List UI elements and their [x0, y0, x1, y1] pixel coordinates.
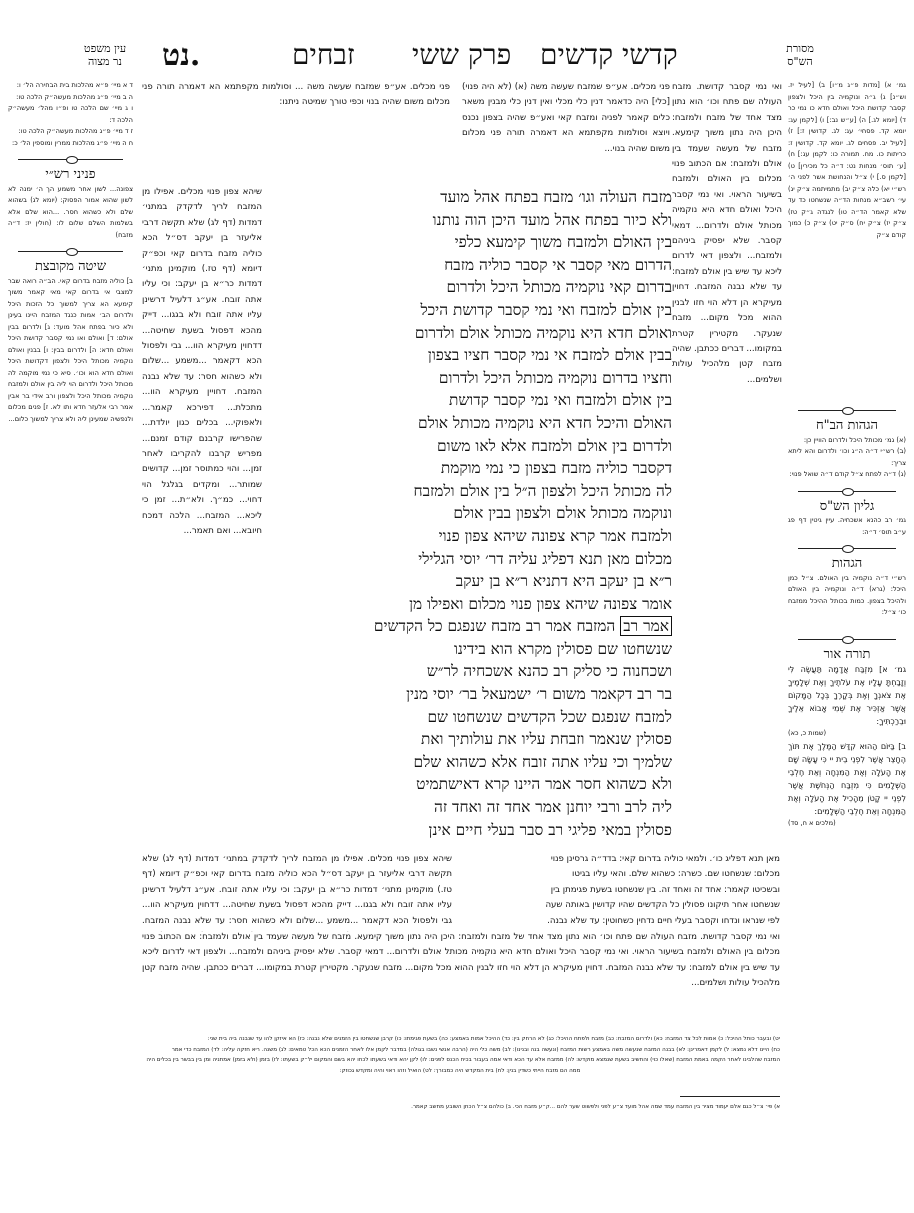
footnote-line: המזבח שהלבינו לאחר הקמה באמת המזבח (שאלו…: [140, 1055, 780, 1066]
ein-mishpat-entry: ד א מיי׳ פ״א מהלכות בית הבחירה הל׳ ו:: [8, 80, 133, 92]
ein-mishpat-entry: ו ג מיי׳ שם הלכה טו ופ״ו מהל׳ מעשה״ק הלכ…: [8, 103, 133, 126]
gemara-line: שלמיך וכי עליו אתה זובח אלא כשהוא שלם: [270, 751, 672, 774]
perek-name: קדשי קדשים: [540, 38, 678, 72]
gemara-line: מזבח העולה וגו׳ מזבח בפתח אהל מועד: [270, 186, 672, 209]
ein-mishpat-entry: ה ב מיי׳ פ״ג מהלכות מעשה״ק הלכה טו:: [8, 92, 133, 104]
shita-mekubetzet-title: שיטה מקובצת: [8, 261, 133, 273]
footnote-line: כח) היינו דלא נמצא: ל) לקמן דאמרינן: לא)…: [140, 1045, 780, 1056]
boxed-phrase: אמר רב: [620, 616, 672, 636]
ein-mishpat-label-line1: עין משפט: [70, 42, 140, 55]
gemara-line: ואולם חדא היא נוקמיה מכותל אולם ולדרום: [270, 322, 672, 345]
tosafot-bottom-text: שיהא צפון פנוי מכלים. אפילו מן המזבח לרי…: [142, 854, 452, 932]
gemara-line: אומר צפונה שיהא צפון פנוי מכלום ואפילו מ…: [270, 593, 672, 616]
gemara-line: בין האולם ולמזבח משוך קימעא כלפי: [270, 231, 672, 254]
gemara-line: שנשחטו שם פסולין מקרא הוא בידינו: [270, 638, 672, 661]
gilyon-hashas-title: גליון הש"ס: [788, 501, 906, 513]
ornament-divider: [798, 635, 896, 643]
tosafot-top-text: פני מכלים. אע״פ שמזבח שעשה משה ... וסולמ…: [142, 82, 450, 107]
gemara-line: אמר רב המזבח אמר רב מזבח שנפגם כל הקדשים: [270, 615, 672, 638]
torah-or-ref: (מלכים א ח, סד): [788, 818, 906, 830]
rashi-bottom-line: לפי שנראו ונדחו וקסבר בעלי חיים נדחין כש…: [462, 914, 780, 929]
gemara-line: דקסבר כוליה מזבח בצפון כי נמי מוקמת: [270, 457, 672, 480]
perek-number: פרק ששי: [412, 38, 511, 72]
rashi-text: ואי נמי קסבר קדושת. מזבח העולה שם פתח וכ…: [672, 82, 782, 385]
gemara-line: בדרום קאי נוקמיה מכותל היכל ולדרום: [270, 276, 672, 299]
rashi-bottom-line: שנשחטו אחר תיקונו פסולין כל הקדשים שהיו …: [462, 898, 780, 913]
footnote-line: יט) ובעבר כותל ההיכל: כ) אמות לכל צד המז…: [140, 1034, 780, 1045]
gemara-line: מכלום מאן תנא דפליג עליה דר׳ יוסי הגלילי: [270, 548, 672, 571]
gemara-line: ולדרום בין אולם ולמזבח אלא לאו משום: [270, 435, 672, 458]
masoret-label-line1: מסורת: [770, 42, 830, 55]
rashi-bottom-wide-text: ואי נמי קסבר קדושת. מזבח העולה שם פתח וכ…: [142, 932, 780, 988]
hagahot-bach-entry: (ב) רש״י ד״ה ה״ג וכו׳ ולדרום והא ליתא צר…: [788, 446, 906, 469]
gemara-line: פסולין שנאמר וזבחת עליו את עולותיך ואת: [270, 728, 672, 751]
tosafot-column: שיהא צפון פנוי מכלים. אפילו מן המזבח לרי…: [142, 185, 262, 850]
gemara-line: לה מכותל היכל ולצפון ה״ל בין אולם ולמזבח: [270, 480, 672, 503]
hagahot-text: רש״י ד״ה נוקמיה בין האולם. צ״ל כמן היכל:…: [788, 573, 906, 619]
gemara-line: האולם והיכל חדא היא נוקמיה מכותל אולם: [270, 412, 672, 435]
gemara-text: מזבח העולה וגו׳ מזבח בפתח אהל מועד ולא כ…: [270, 186, 672, 844]
gemara-line: בין אולם למזבח ואי נמי קסבר קדושת היכל: [270, 299, 672, 322]
gemara-line: בבין אולם למזבח אי נמי קסבר חציו בצפון: [270, 344, 672, 367]
ornament-divider: [798, 406, 896, 414]
ein-mishpat-column: ד א מיי׳ פ״א מהלכות בית הבחירה הל׳ ו: ה …: [8, 80, 133, 831]
shita-mekubetzet-text: ב] כוליה מזבח בדרום קאי. הב״ה רואה שבר ל…: [8, 276, 133, 831]
gemara-line: בר רב דקאמר משום ר׳ ישמעאל בר׳ יוסי מנין: [270, 683, 672, 706]
gemara-line: ר״א בן יעקב היא דתניא ר״א בן יעקב: [270, 570, 672, 593]
hagahot-bach-title: הגהות הב"ח: [788, 420, 906, 432]
gemara-line: ליה לרב ורבי יוחנן אמר אחד זה ואחד זה: [270, 796, 672, 819]
tosafot-top: פני מכלים. אע״פ שמזבח שעשה משה ... וסולמ…: [142, 80, 450, 180]
gemara-line: ולמזבח אמר קרא צפונה שיהא צפון פנוי: [270, 525, 672, 548]
right-margin: גמ׳ א) [מדות פ״ג מ״ו] ב) [לעיל יז. וש״נ]…: [788, 80, 906, 829]
gemara-line: וחציו בדרום נוקמיה מכותל היכל ולדרום: [270, 367, 672, 390]
ornament-divider: [18, 247, 123, 255]
rashi-top-text: פני מכלים. אע״פ שמזבח שעשה משה (א) (לא ה…: [462, 82, 670, 154]
gemara-line: הדרום מאי קסבר אי קסבר כוליה מזבח: [270, 254, 672, 277]
pninei-rashi-title: פניני רש״י: [8, 169, 133, 181]
rashi-bottom-wide: ואי נמי קסבר קדושת. מזבח העולה שם פתח וכ…: [142, 930, 780, 1026]
rashi-column: ואי נמי קסבר קדושת. מזבח העולה שם פתח וכ…: [672, 80, 782, 850]
footnote-line: ממה הם מזבח הייתי כשדין בנין: לח) בית המ…: [140, 1066, 780, 1077]
ornament-divider: [18, 155, 123, 163]
masoret-hashas-label: מסורת הש"ס: [770, 42, 830, 68]
rashi-bottom: מאן תנא דפליג כו׳. ולמאי כוליה בדרום קאי…: [462, 852, 780, 929]
pninei-rashi-text: צפונה... לשון אחר משמע הך ה׳ ימנה לא לשו…: [8, 184, 133, 242]
gemara-line: ולא כשהוא חסר אמר היינו קרא דאישתמיט: [270, 773, 672, 796]
gemara-line: נדחים ור׳ יוחנן סבר בעלי חיים נידחין מתי…: [270, 841, 672, 844]
gemara-line: פסולין במאי פליגי רב סבר בעלי חיים אינן: [270, 819, 672, 842]
hagahot-bach-entry: (ג) ד״ה לפתח צ״ל קודם ד״ה שואל פנוי:: [788, 469, 906, 481]
footnote-note: א) פי׳ צ״ל כגם אלם יעמוד מציר בין המזבח …: [340, 1102, 780, 1113]
hagahot-title: הגהות: [788, 558, 906, 570]
torah-or-verse: ב] בַּיּוֹם הַהוּא קִדַּשׁ הַמֶּלֶךְ אֶת…: [788, 740, 906, 818]
ein-mishpat-label: עין משפט נר מצוה: [70, 42, 140, 68]
rashi-bottom-line: מכלום: שנשחטו שם. כשרה: כשהוא שלם. והאי …: [462, 867, 780, 882]
daf-number: נט.: [162, 38, 200, 73]
masechet-title: זבחים: [292, 38, 355, 72]
footnote-divider: [680, 1096, 780, 1097]
gemara-line: ושכחנוה כי סליק רב כהנא אשכחיה לר״ש: [270, 660, 672, 683]
tosafot-text: שיהא צפון פנוי מכלים. אפילו מן המזבח לרי…: [142, 187, 262, 536]
footnotes: יט) ובעבר כותל ההיכל: כ) אמות לכל צד המז…: [140, 1034, 780, 1076]
ornament-divider: [798, 544, 896, 552]
ein-mishpat-entry: ח ה מיי׳ פ״ג מהלכות ממרין ומוספין הל׳ כ:: [8, 138, 133, 150]
hagahot-bach-entry: (א) גמ׳ מכותל היכל ולדרום הוויין כן:: [788, 435, 906, 447]
rashi-top: פני מכלים. אע״פ שמזבח שעשה משה (א) (לא ה…: [462, 80, 670, 180]
rashi-bottom-line: מאן תנא דפליג כו׳. ולמאי כוליה בדרום קאי…: [462, 852, 780, 867]
rashi-bottom-line: ובשכיטו קאמר: אחד זה ואחד זה. בין שנשחטו…: [462, 883, 780, 898]
gilyon-hashas-text: גמ׳ רב כהנא אשכחיה. עיין גיטין דף פג ע״ב…: [788, 515, 906, 538]
ornament-divider: [798, 487, 896, 495]
ein-mishpat-entry: ז ד מיי׳ פ״ג מהלכות מעשה״ק הלכה טו:: [8, 126, 133, 138]
tosafot-bottom: שיהא צפון פנוי מכלים. אפילו מן המזבח לרי…: [142, 852, 452, 932]
torah-or-ref: (שמות כ, כא): [788, 728, 906, 740]
gemara-line: ולא כיור בפתח אהל מועד היכן הוה נותנו: [270, 209, 672, 232]
masoret-label-line2: הש"ס: [770, 55, 830, 68]
gemara-line: ונוקמה מכותל אולם ולצפון בבין אולם: [270, 502, 672, 525]
masoret-hashas-text: גמ׳ א) [מדות פ״ג מ״ו] ב) [לעיל יז. וש״נ]…: [788, 80, 906, 400]
ein-mishpat-label-line2: נר מצוה: [70, 55, 140, 68]
torah-or-title: תורה אור: [788, 649, 906, 661]
gemara-line: בין אולם ולמזבח ואי נמי קסבר קדושת: [270, 389, 672, 412]
torah-or-verse: גמ׳ א] מִזְבַּח אֲדָמָה תַּעֲשֶׂה לִּי ו…: [788, 663, 906, 728]
gemara-line: למזבח שנפגם שכל הקדשים שנשחטו שם: [270, 706, 672, 729]
gemara-line-text: המזבח אמר רב מזבח שנפגם כל הקדשים: [374, 617, 615, 635]
